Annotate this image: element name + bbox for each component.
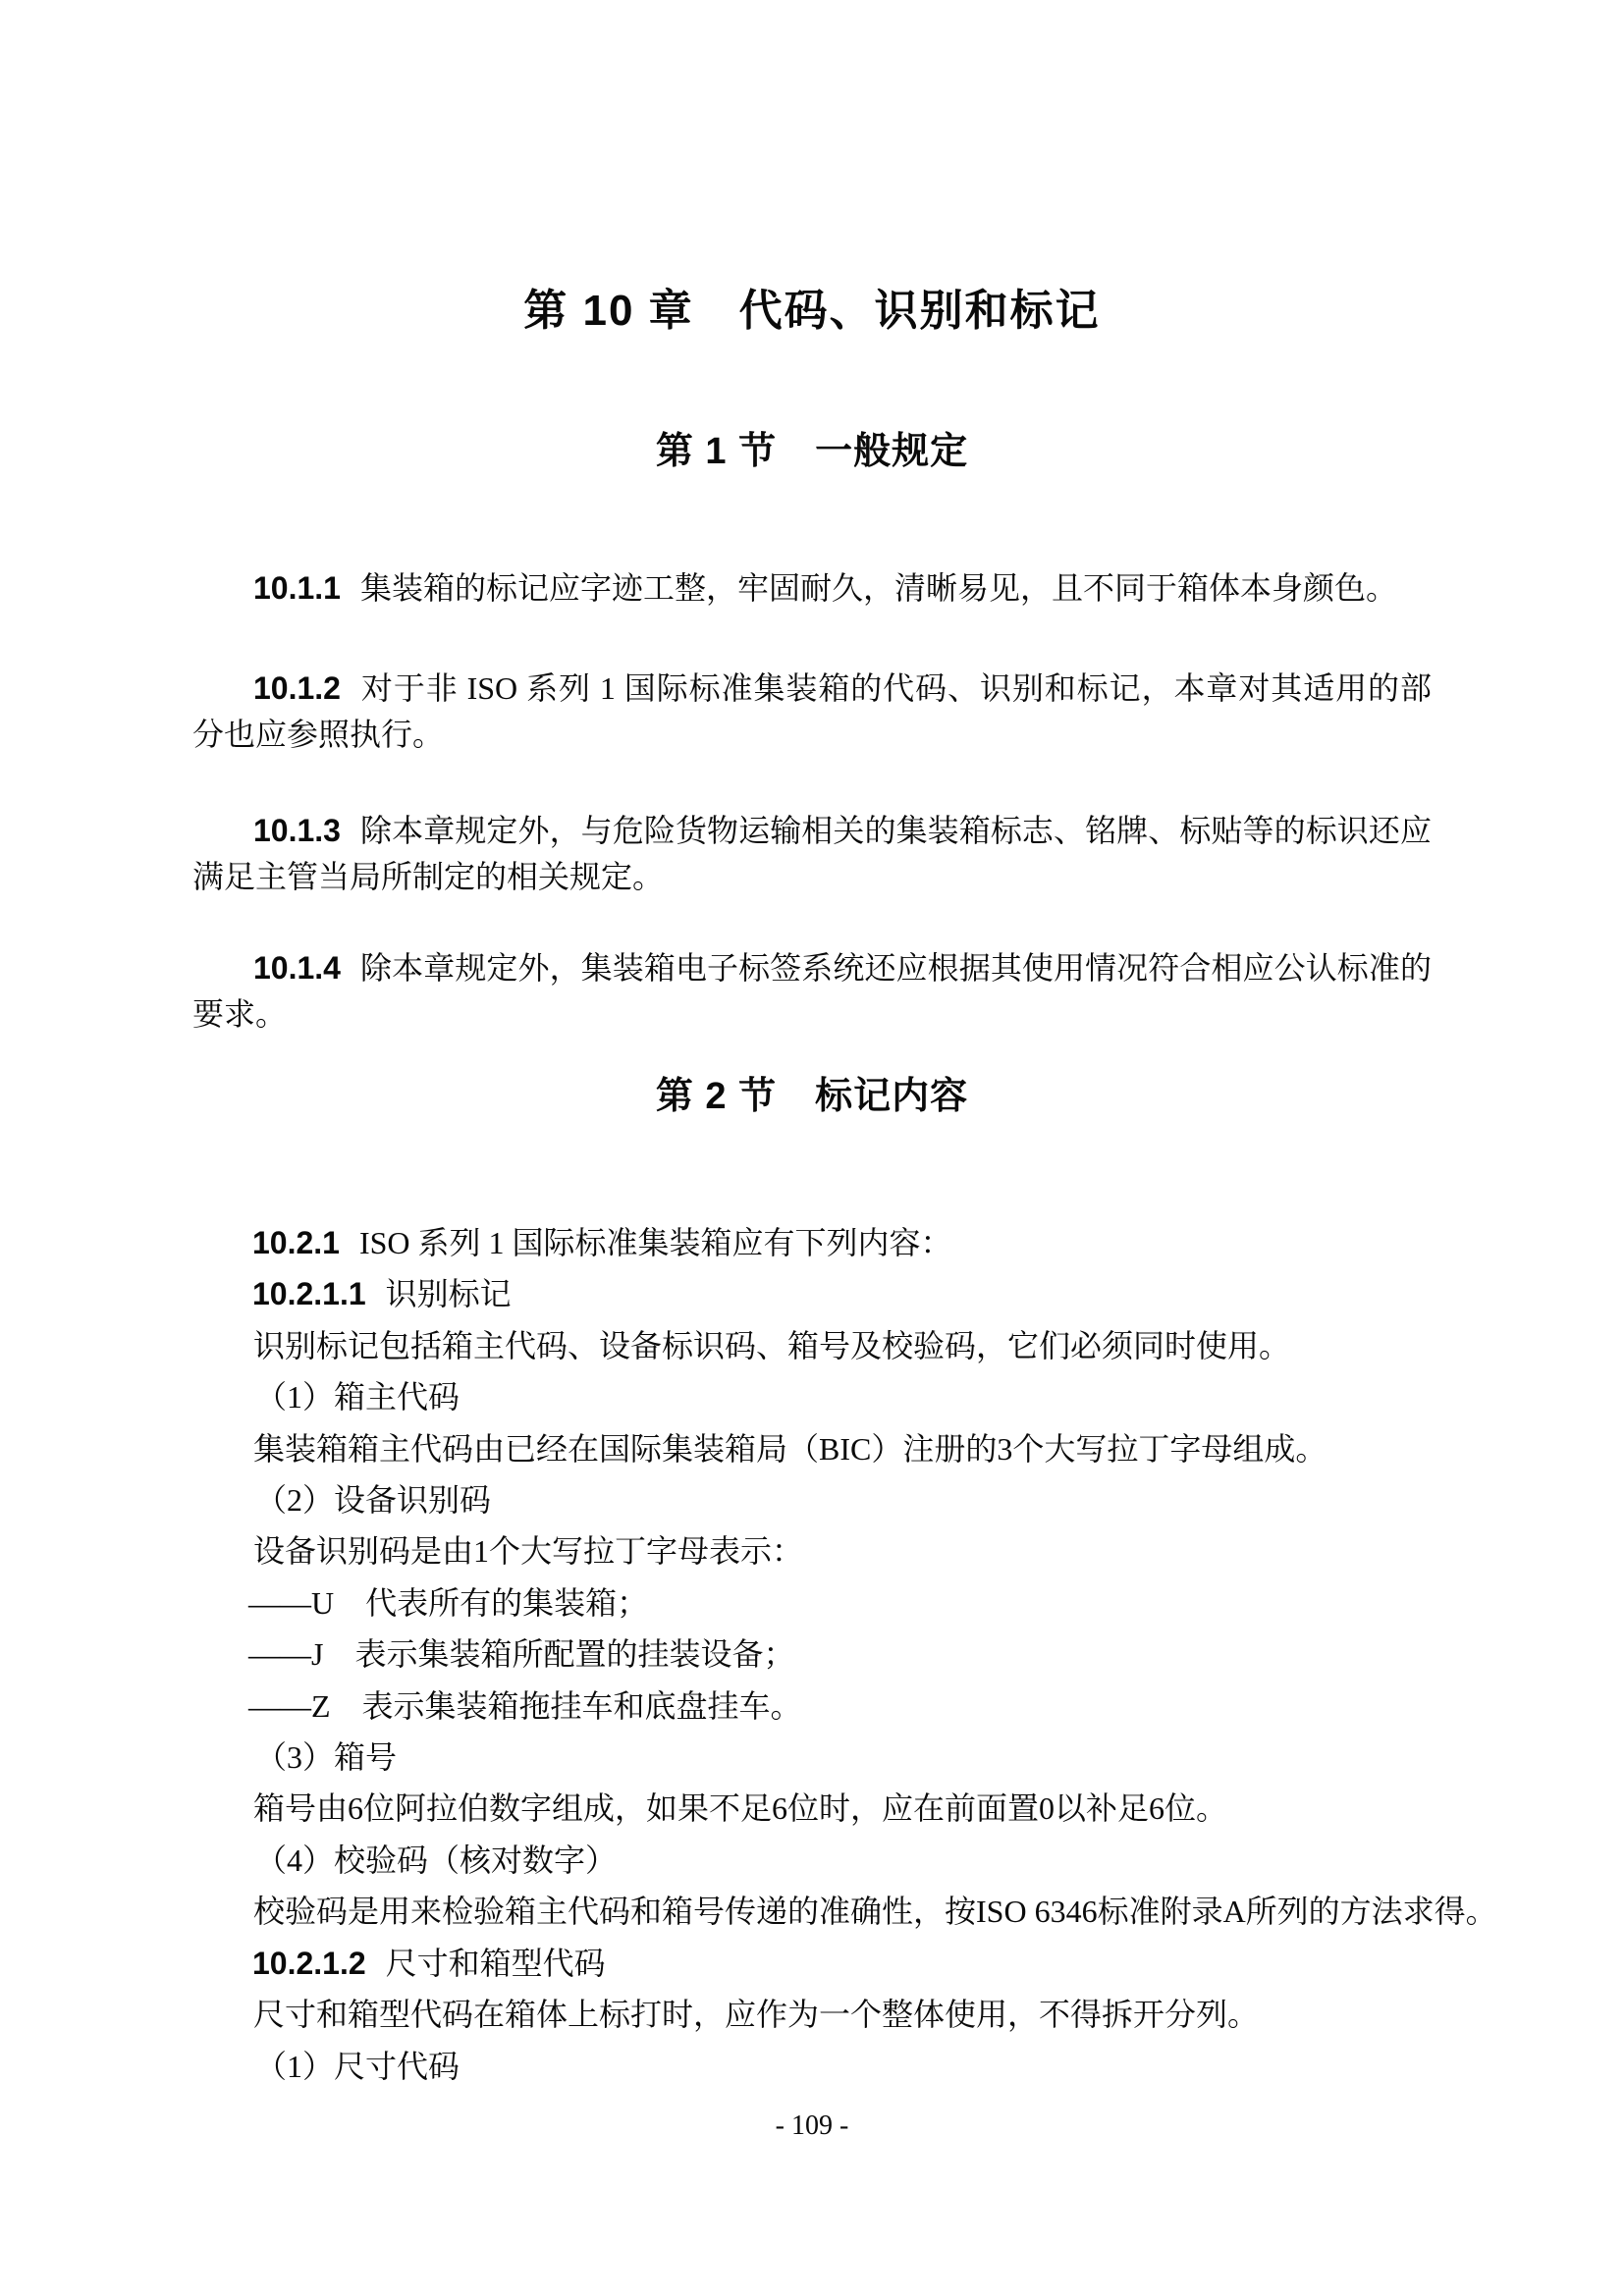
clause-number: 10.2.1.1	[252, 1276, 366, 1311]
section-2-heading: 第 2 节 标记内容	[0, 1075, 1624, 1118]
dash-item-U: ——U 代表所有的集装箱；	[248, 1577, 1432, 1629]
clause-number: 10.1.1	[253, 570, 341, 606]
clause-number: 10.2.1	[252, 1225, 340, 1260]
paragraph-text: 除本章规定外，集装箱电子标签系统还应根据其使用情况符合相应公认标准的要求。	[192, 950, 1432, 1032]
paragraph-text: 集装箱的标记应字迹工整，牢固耐久，清晰易见，且不同于箱体本身颜色。	[360, 570, 1397, 606]
page-number: - 109 -	[776, 2110, 849, 2141]
clause-number: 10.1.4	[253, 950, 341, 986]
section-2-body: 10.2.1ISO 系列 1 国际标准集装箱应有下列内容： 10.2.1.1识别…	[192, 1217, 1432, 2092]
section-1-heading: 第 1 节 一般规定	[0, 430, 1624, 473]
paragraph-10-1-3: 10.1.3除本章规定外，与危险货物运输相关的集装箱标志、铭牌、标贴等的标识还应…	[192, 808, 1432, 900]
page-footer: - 109 -	[0, 2109, 1624, 2143]
list-item-1-owner-code: （1）箱主代码	[255, 1371, 1432, 1422]
paragraph-text: 除本章规定外，与危险货物运输相关的集装箱标志、铭牌、标贴等的标识还应满足主管当局…	[192, 813, 1432, 894]
dash-item-Z: ——Z 表示集装箱拖挂车和底盘挂车。	[248, 1681, 1432, 1732]
chapter-title: 第 10 章 代码、识别和标记	[0, 286, 1624, 337]
body-line: 识别标记包括箱主代码、设备标识码、箱号及校验码，它们必须同时使用。	[253, 1320, 1432, 1371]
body-line: 尺寸和箱型代码在箱体上标打时，应作为一个整体使用，不得拆开分列。	[253, 1989, 1432, 2040]
list-item-3-serial-number: （3）箱号	[255, 1732, 1432, 1783]
list-item-4-check-digit: （4）校验码（核对数字）	[255, 1835, 1432, 1886]
document-page: 第 10 章 代码、识别和标记 第 1 节 一般规定 10.1.1集装箱的标记应…	[0, 0, 1624, 2296]
line-text: ISO 系列 1 国际标准集装箱应有下列内容：	[359, 1225, 952, 1260]
list-item-2-equipment-id: （2）设备识别码	[255, 1474, 1432, 1525]
clause-number: 10.1.3	[253, 813, 341, 848]
clause-10-2-1-1: 10.2.1.1识别标记	[252, 1268, 1432, 1319]
paragraph-10-1-4: 10.1.4除本章规定外，集装箱电子标签系统还应根据其使用情况符合相应公认标准的…	[192, 945, 1432, 1038]
clause-number: 10.1.2	[253, 670, 341, 706]
clause-number: 10.2.1.2	[252, 1946, 366, 1981]
line-text: 尺寸和箱型代码	[386, 1946, 606, 1981]
dash-item-J: ——J 表示集装箱所配置的挂装设备；	[248, 1629, 1432, 1680]
paragraph-text: 对于非 ISO 系列 1 国际标准集装箱的代码、识别和标记，本章对其适用的部分也…	[192, 670, 1432, 752]
body-line: 集装箱箱主代码由已经在国际集装箱局（BIC）注册的3个大写拉丁字母组成。	[253, 1423, 1432, 1474]
paragraph-10-1-2: 10.1.2对于非 ISO 系列 1 国际标准集装箱的代码、识别和标记，本章对其…	[192, 666, 1432, 758]
body-line: 设备识别码是由1个大写拉丁字母表示：	[253, 1525, 1432, 1576]
paragraph-10-1-1: 10.1.1集装箱的标记应字迹工整，牢固耐久，清晰易见，且不同于箱体本身颜色。	[192, 565, 1432, 612]
body-line: 箱号由6位阿拉伯数字组成，如果不足6位时，应在前面置0以补足6位。	[253, 1783, 1432, 1834]
clause-10-2-1: 10.2.1ISO 系列 1 国际标准集装箱应有下列内容：	[252, 1217, 1432, 1268]
clause-10-2-1-2: 10.2.1.2尺寸和箱型代码	[252, 1938, 1432, 1989]
line-text: 识别标记	[386, 1276, 512, 1311]
list-item-1-size-code: （1）尺寸代码	[255, 2041, 1432, 2092]
body-line: 校验码是用来检验箱主代码和箱号传递的准确性，按ISO 6346标准附录A所列的方…	[253, 1886, 1432, 1937]
